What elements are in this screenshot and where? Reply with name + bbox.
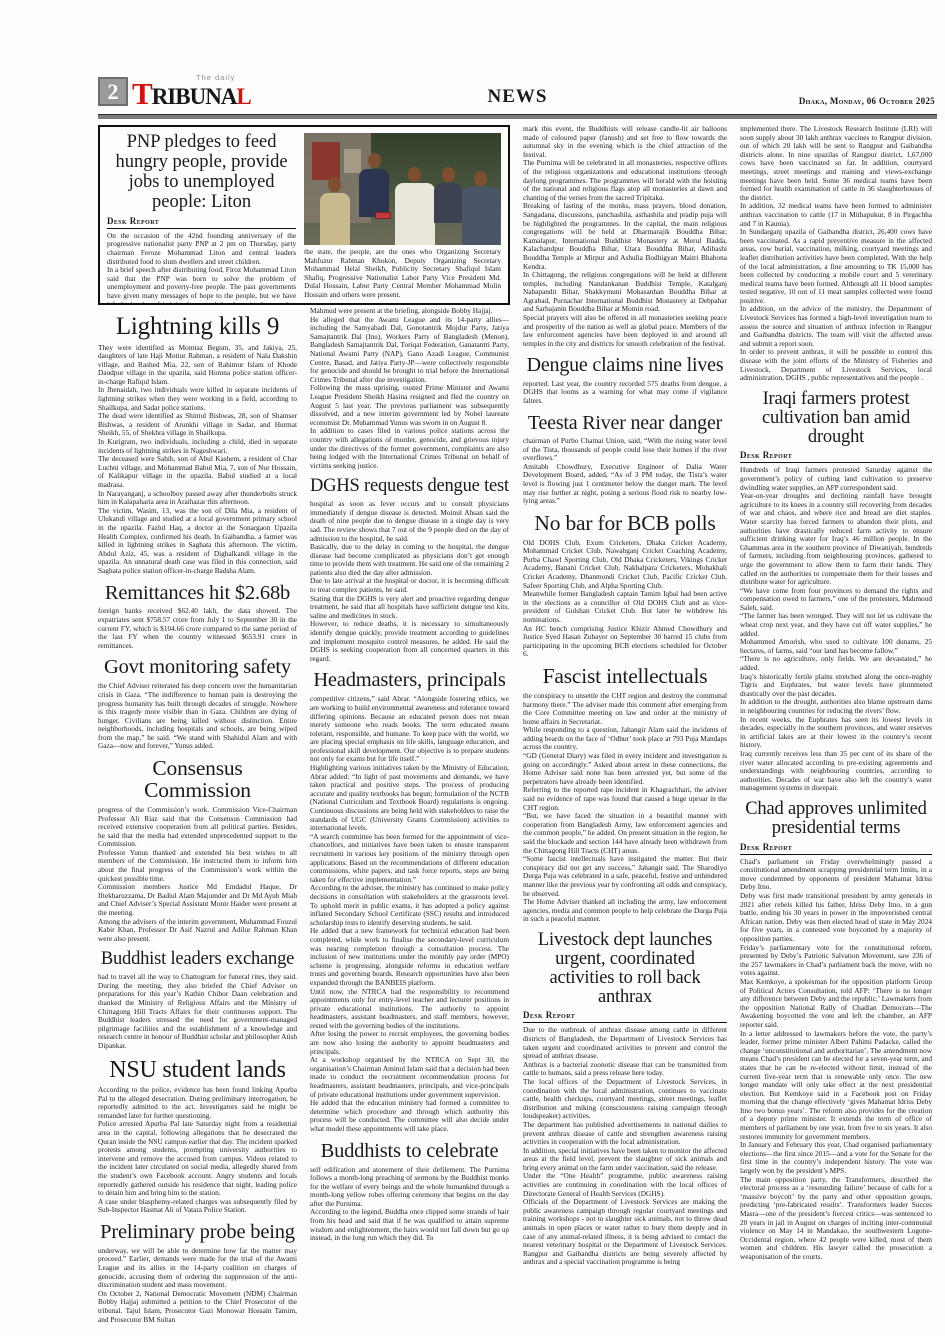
article-chad-presidential-terms: Chad approves unlimited presidential ter… bbox=[740, 800, 932, 1262]
headline: Chad approves unlimited presidential ter… bbox=[740, 800, 932, 838]
page-number-badge: 2 bbox=[98, 77, 128, 106]
headline: Consensus Commission bbox=[98, 758, 297, 802]
article-body: They were identified as Momtaz Begum, 35… bbox=[98, 344, 297, 576]
article-headmasters-principals: Headmasters, principals competitive citi… bbox=[310, 670, 509, 1133]
masthead-rule bbox=[98, 114, 937, 119]
photo-person bbox=[320, 177, 350, 245]
headline: Fascist intellectuals bbox=[523, 666, 727, 688]
photo-person bbox=[462, 171, 500, 245]
column-4: implemented there. The Livestock Researc… bbox=[740, 125, 932, 1326]
headline: DGHS requests dengue test bbox=[310, 477, 509, 496]
article-govt-monitoring-safety: Govt monitoring safety the Chief Adviser… bbox=[98, 657, 297, 751]
article-consensus-commission: Consensus Commission progress of the Com… bbox=[98, 758, 297, 943]
lead-story-text-column: PNP pledges to feed hungry people, provi… bbox=[107, 133, 296, 297]
column-3: mark this event, the Buddhists will rele… bbox=[523, 125, 727, 1326]
article-body: hospital as soon as fever occurs and to … bbox=[310, 500, 509, 663]
headline: Iraqi farmers protest cultivation ban am… bbox=[740, 390, 932, 447]
article-continuation: Mahmud were present at the briefing, alo… bbox=[310, 307, 509, 470]
article-remittances: Remittances hit $2.68b foreign banks rec… bbox=[98, 583, 297, 651]
section-title: NEWS bbox=[488, 86, 548, 108]
page-number: 2 bbox=[108, 79, 119, 104]
lead-story-photo-column: the state, the people, are the ones who … bbox=[304, 133, 501, 297]
headline: Teesta River near danger bbox=[523, 413, 727, 433]
article-iraqi-farmers-protest: Iraqi farmers protest cultivation ban am… bbox=[740, 390, 932, 793]
article-nsu-student-lands: NSU student lands According to the polic… bbox=[98, 1058, 297, 1215]
photo-person bbox=[359, 153, 389, 217]
headline: No bar for BCB polls bbox=[523, 513, 727, 535]
headline: Buddhists to celebrate bbox=[310, 1141, 509, 1162]
headline: PNP pledges to feed hungry people, provi… bbox=[107, 133, 296, 213]
photo-food-packet bbox=[375, 212, 391, 219]
article-body: reported. Last year, the country recorde… bbox=[523, 380, 727, 406]
article-body: Chad’s parliament on Friday overwhelming… bbox=[740, 858, 932, 1262]
article-jump-text: the state, the people, are the ones who … bbox=[304, 248, 501, 300]
article-lightning-kills-9: Lightning kills 9 They were identified a… bbox=[98, 314, 297, 576]
article-body: According to the police, evidence has be… bbox=[98, 1086, 297, 1215]
dateline: Dhaka, Monday, 06 October 2025 bbox=[799, 96, 935, 106]
headline: Govt monitoring safety bbox=[98, 657, 297, 678]
byline: Desk Report bbox=[740, 450, 932, 463]
headline: Dengue claims nine lives bbox=[523, 355, 727, 375]
photo-person bbox=[434, 167, 462, 223]
article-no-bar-for-bcb-polls: No bar for BCB polls Old DOHS Club, Exum… bbox=[523, 513, 727, 659]
article-livestock-anthrax: Livestock dept launches urgent, coordina… bbox=[523, 931, 727, 1267]
article-continuation: implemented there. The Livestock Researc… bbox=[740, 125, 932, 383]
sub-columns: Lightning kills 9 They were identified a… bbox=[98, 307, 510, 1326]
byline: Desk Report bbox=[107, 216, 296, 229]
photo-person bbox=[395, 167, 435, 245]
headline: Lightning kills 9 bbox=[98, 314, 297, 340]
headline: Headmasters, principals bbox=[310, 670, 509, 691]
headline: Remittances hit $2.68b bbox=[98, 583, 297, 604]
article-teesta-river-near-danger: Teesta River near danger chairman of Pur… bbox=[523, 413, 727, 506]
article-preliminary-probe: Preliminary probe being underway, we wil… bbox=[98, 1222, 297, 1324]
article-body: had to travel all the way to Chattogram … bbox=[98, 973, 297, 1050]
article-body: competitive citizens,” said Abrar. “Alon… bbox=[310, 695, 509, 1133]
headline: Livestock dept launches urgent, coordina… bbox=[523, 931, 727, 1006]
article-body: underway, we will be able to determine h… bbox=[98, 1247, 297, 1324]
lead-photo bbox=[304, 133, 501, 245]
logo-tagline: The daily bbox=[196, 74, 251, 82]
newspaper-page: 2 The daily TRIBUNAL NEWS Dhaka, Monday,… bbox=[0, 0, 945, 1336]
brand: 2 The daily TRIBUNAL bbox=[98, 74, 251, 106]
article-body: On the occasion of the 42nd founding ann… bbox=[107, 232, 296, 305]
article-buddhist-leaders-exchange: Buddhist leaders exchange had to travel … bbox=[98, 950, 297, 1050]
article-buddhists-to-celebrate: Buddhists to celebrate self edification … bbox=[310, 1141, 509, 1243]
article-body: Hundreds of Iraqi farmers protested Satu… bbox=[740, 466, 932, 793]
article-continuation: mark this event, the Buddhists will rele… bbox=[523, 125, 727, 348]
column-1: Lightning kills 9 They were identified a… bbox=[98, 307, 297, 1326]
left-zone: PNP pledges to feed hungry people, provi… bbox=[98, 125, 510, 1326]
article-body: self edification and atonement of their … bbox=[310, 1166, 509, 1243]
article-body: foreign banks received $62.40 lakh, the … bbox=[98, 607, 297, 650]
logo-letters-mid: RIBUNA bbox=[152, 84, 237, 109]
article-fascist-intellectuals: Fascist intellectuals the conspiracy to … bbox=[523, 666, 727, 924]
headline: Preliminary probe being bbox=[98, 1222, 297, 1243]
article-body: the conspiracy to unsettle the CHT regio… bbox=[523, 692, 727, 924]
article-body: Old DOHS Club, Exum Cricketers, Dhaka Cr… bbox=[523, 539, 727, 659]
article-body: chairman of Purbo Chatnai Union, said, “… bbox=[523, 437, 727, 506]
headline: Buddhist leaders exchange bbox=[98, 950, 297, 969]
article-body: the Chief Adviser reiterated his deep co… bbox=[98, 682, 297, 751]
byline: Desk Report bbox=[740, 842, 932, 855]
article-dghs-dengue-test: DGHS requests dengue test hospital as so… bbox=[310, 477, 509, 663]
article-body: progress of the Commission’s work. Commi… bbox=[98, 806, 297, 944]
article-pnp-lead: PNP pledges to feed hungry people, provi… bbox=[98, 125, 510, 305]
headline: NSU student lands bbox=[98, 1058, 297, 1082]
logo-letter-l: L bbox=[236, 84, 250, 109]
column-2: Mahmud were present at the briefing, alo… bbox=[310, 307, 509, 1326]
logo-wordmark: TRIBUNAL bbox=[132, 91, 251, 108]
byline: Desk Report bbox=[523, 1010, 727, 1023]
page-columns: PNP pledges to feed hungry people, provi… bbox=[98, 125, 937, 1326]
logo-letter-t: T bbox=[132, 76, 152, 111]
article-body: Due to the outbreak of anthrax disease a… bbox=[523, 1026, 727, 1267]
photo-poster bbox=[312, 142, 340, 180]
tribunal-logo: The daily TRIBUNAL bbox=[132, 74, 251, 106]
article-dengue-claims-nine-lives: Dengue claims nine lives reported. Last … bbox=[523, 355, 727, 405]
masthead: 2 The daily TRIBUNAL NEWS Dhaka, Monday,… bbox=[98, 74, 937, 110]
